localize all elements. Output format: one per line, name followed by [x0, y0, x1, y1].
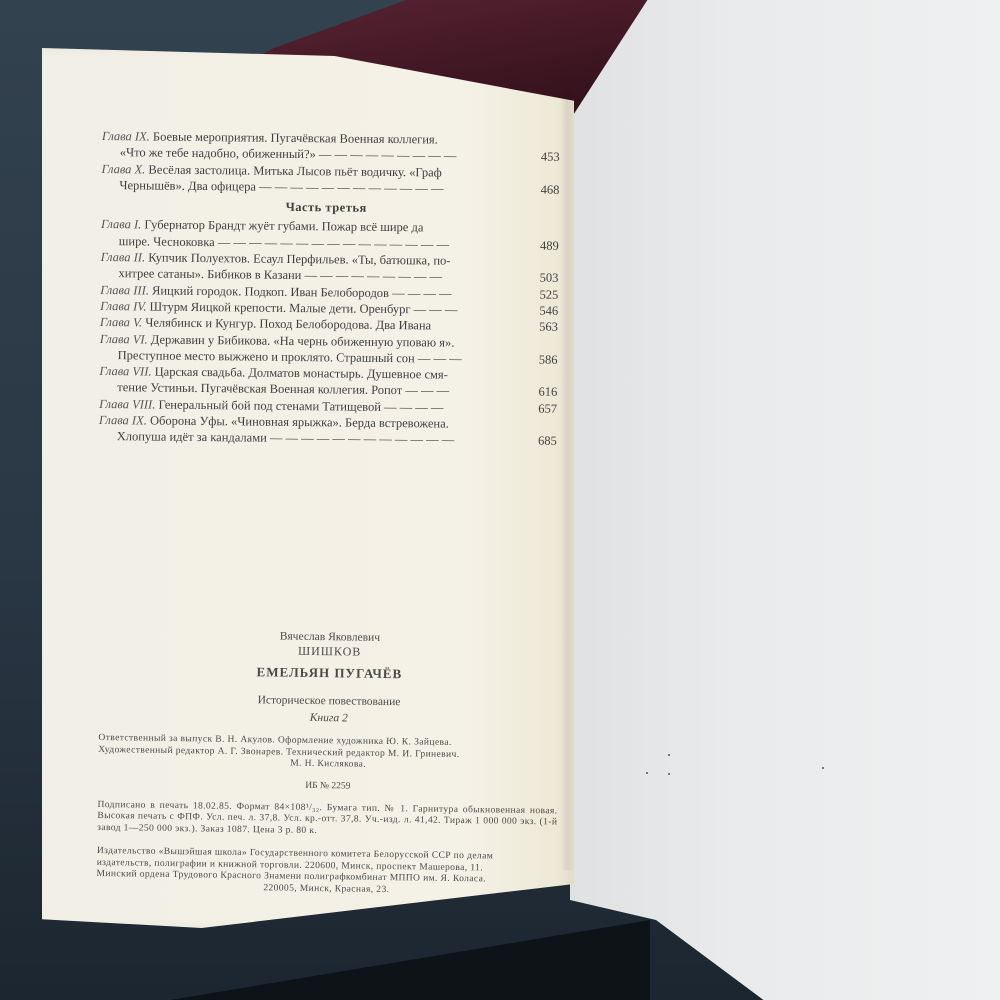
toc-entry: Глава I. Губернатор Брандт жуёт губами. …	[101, 216, 551, 253]
ib-number: ИБ № 2259	[98, 777, 558, 793]
chapter-label: Глава IV.	[100, 299, 146, 313]
page-number: 657	[538, 400, 557, 416]
toc-part-three: Глава I. Губернатор Брандт жуёт губами. …	[99, 216, 551, 449]
page-number: 525	[539, 286, 558, 302]
toc-entry: Глава X. Весёлая застолица. Митька Лысов…	[101, 161, 551, 198]
volume-label: Книга 2	[99, 709, 559, 727]
chapter-label: Глава II.	[101, 250, 146, 264]
page-number: 546	[539, 303, 558, 319]
chapter-title-text: Оборона Уфы. «Чиновная ярыжка». Берда вс…	[150, 414, 449, 431]
chapter-title-text: Челябинск и Кунгур. Поход Белобородова. …	[145, 316, 431, 333]
page-number: 453	[541, 149, 560, 165]
page-number: 563	[539, 319, 558, 335]
toc-part-two-end: Глава IX. Боевые мероприятия. Пугачёвска…	[101, 128, 552, 198]
toc-entry: Глава IX. Боевые мероприятия. Пугачёвска…	[102, 128, 552, 165]
chapter-title-text: Хлопуша идёт за кандалами — — — — — — — …	[117, 430, 455, 448]
chapter-label: Глава VII.	[99, 364, 151, 379]
chapter-title-text: Боевые мероприятия. Пугачёвская Военная …	[153, 130, 438, 147]
table-shadow	[170, 920, 650, 1000]
part-title: Часть третья	[101, 197, 551, 218]
book-title: ЕМЕЛЬЯН ПУГАЧЁВ	[99, 662, 559, 684]
page-number: 685	[538, 433, 557, 449]
paper-speck	[668, 754, 670, 756]
chapter-label: Глава VIII.	[99, 397, 155, 412]
chapter-title-text: Царская свадьба. Долматов монастырь. Душ…	[155, 365, 448, 382]
page-number: 468	[541, 181, 560, 197]
genre: Историческое повествование	[99, 692, 559, 710]
page-number: 503	[540, 270, 559, 286]
toc-entry: Глава VII. Царская свадьба. Долматов мон…	[99, 363, 549, 400]
paper-speck	[646, 772, 648, 774]
table-of-contents: Глава IX. Боевые мероприятия. Пугачёвска…	[99, 128, 552, 449]
page-number: 616	[538, 384, 557, 400]
chapter-title-text: Губернатор Брандт жуёт губами. Пожар всё…	[144, 218, 423, 235]
right-blank-page	[570, 0, 1000, 1000]
page-number: 586	[539, 351, 558, 367]
chapter-title-text: Яицкий городок. Подкоп. Иван Белобородов…	[152, 283, 452, 300]
publisher-info: Издательство «Вышэйшая школа» Государств…	[96, 846, 557, 898]
chapter-title-text: Генеральный бой под стенами Татищевой — …	[158, 397, 443, 414]
chapter-title-text: Штурм Яицкой крепости. Малые дети. Оренб…	[150, 299, 458, 316]
book-gutter	[560, 90, 574, 870]
toc-entry: Глава II. Купчик Полуехтов. Есаул Перфил…	[100, 249, 550, 286]
chapter-title-text: Купчик Полуехтов. Есаул Перфильев. «Ты, …	[148, 251, 450, 268]
toc-entry-line: Чернышёв». Два офицера — — — — — — — — —…	[101, 177, 551, 198]
chapter-label: Глава X.	[102, 162, 146, 176]
chapter-title-text: хитрее сатаны». Бибиков в Казани — — — —…	[118, 267, 442, 284]
chapter-label: Глава I.	[101, 217, 141, 231]
chapter-label: Глава III.	[100, 283, 149, 298]
chapter-title-text: Чернышёв». Два офицера — — — — — — — — —…	[119, 178, 443, 195]
toc-entry: Глава VI. Державин у Бибикова. «На чернь…	[100, 331, 550, 368]
chapter-label: Глава VI.	[100, 332, 148, 347]
chapter-title-text: Державин у Бибикова. «На чернь обиженную…	[151, 332, 455, 349]
paper-speck	[822, 767, 824, 769]
print-info: Подписано в печать 18.02.85. Формат 84×1…	[97, 799, 557, 840]
chapter-label: Глава IX.	[102, 129, 150, 144]
chapter-label: Глава V.	[100, 315, 142, 329]
credits: Ответственный за выпуск В. Н. Акулов. Оф…	[98, 733, 558, 774]
chapter-title-text: Весёлая застолица. Митька Лысов пьёт вод…	[148, 162, 441, 179]
toc-entry: Глава IX. Оборона Уфы. «Чиновная ярыжка»…	[99, 412, 549, 449]
chapter-label: Глава IX.	[99, 413, 147, 428]
page-number: 489	[540, 237, 559, 253]
colophon: Вячеслав Яковлевич ШИШКОВ ЕМЕЛЬЯН ПУГАЧЁ…	[96, 628, 560, 898]
paper-speck	[668, 773, 670, 775]
